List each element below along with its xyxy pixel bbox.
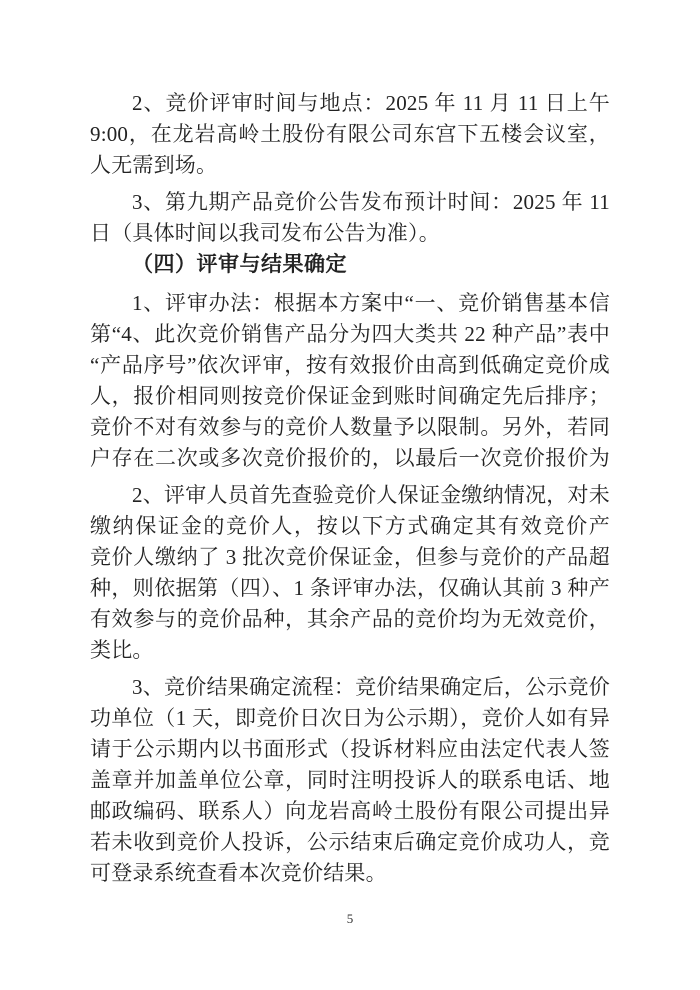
text-line: “产品序号”依次评审，按有效报价由高到低确定竞价成功	[90, 350, 610, 381]
section-heading-text: （四）评审与结果确定	[90, 249, 610, 280]
paragraph: 1、评审办法：根据本方案中“一、竞价销售基本信息” 第“4、此次竞价销售产品分为…	[90, 288, 610, 474]
text-line: 2、竞价评审时间与地点：2025 年 11 月 11 日上午	[90, 88, 610, 119]
text-line: 人无需到场。	[90, 150, 610, 181]
text-line: 3、竞价结果确定流程：竞价结果确定后，公示竞价成	[90, 672, 610, 703]
text-line: 第“4、此次竞价销售产品分为四大类共 22 种产品”表中的	[90, 319, 610, 350]
paragraph: 3、第九期产品竞价公告发布预计时间：2025 年 11 月 13 日（具体时间以…	[90, 187, 610, 249]
paragraph: 2、竞价评审时间与地点：2025 年 11 月 11 日上午 9:00，在龙岩高…	[90, 88, 610, 181]
text-line: 有效参与的竞价品种，其余产品的竞价均为无效竞价，以此	[90, 604, 610, 635]
text-line: 类比。	[90, 635, 610, 666]
text-line: 竞价不对有效参与的竞价人数量予以限制。另外，若同一客	[90, 412, 610, 443]
text-line: 1、评审办法：根据本方案中“一、竞价销售基本信息”	[90, 288, 610, 319]
text-line: 2、评审人员首先查验竞价人保证金缴纳情况，对未足批	[90, 480, 610, 511]
text-line: 请于公示期内以书面形式（投诉材料应由法定代表人签字或	[90, 734, 610, 765]
page-number: 5	[90, 911, 610, 927]
text-line: 9:00，在龙岩高岭土股份有限公司东宫下五楼会议室，竞价	[90, 119, 610, 150]
text-line: 户存在二次或多次竞价报价的，以最后一次竞价报价为准。	[90, 443, 610, 474]
section-heading: （四）评审与结果确定	[90, 249, 610, 280]
document-page: 2、竞价评审时间与地点：2025 年 11 月 11 日上午 9:00，在龙岩高…	[0, 0, 700, 990]
text-line: 日（具体时间以我司发布公告为准）。	[90, 218, 610, 249]
text-line: 邮政编码、联系人）向龙岩高岭土股份有限公司提出异议。	[90, 796, 610, 827]
text-line: 人，报价相同则按竞价保证金到账时间确定先后排序；本期	[90, 381, 610, 412]
text-line: 可登录系统查看本次竞价结果。	[90, 858, 610, 889]
text-line: 竞价人缴纳了 3 批次竞价保证金，但参与竞价的产品超过 3	[90, 542, 610, 573]
paragraph: 3、竞价结果确定流程：竞价结果确定后，公示竞价成 功单位（1 天，即竞价日次日为…	[90, 672, 610, 889]
text-line: 功单位（1 天，即竞价日次日为公示期），竞价人如有异议，	[90, 703, 610, 734]
text-line: 缴纳保证金的竞价人，按以下方式确定其有效竞价产品：如	[90, 511, 610, 542]
text-line: 盖章并加盖单位公章，同时注明投诉人的联系电话、地址、	[90, 765, 610, 796]
text-line: 3、第九期产品竞价公告发布预计时间：2025 年 11 月 13	[90, 187, 610, 218]
text-line: 种，则依据第（四）、1 条评审办法，仅确认其前 3 种产品为	[90, 573, 610, 604]
paragraph: 2、评审人员首先查验竞价人保证金缴纳情况，对未足批 缴纳保证金的竞价人，按以下方…	[90, 480, 610, 666]
text-line: 若未收到竞价人投诉，公示结束后确定竞价成功人，竞价人	[90, 827, 610, 858]
